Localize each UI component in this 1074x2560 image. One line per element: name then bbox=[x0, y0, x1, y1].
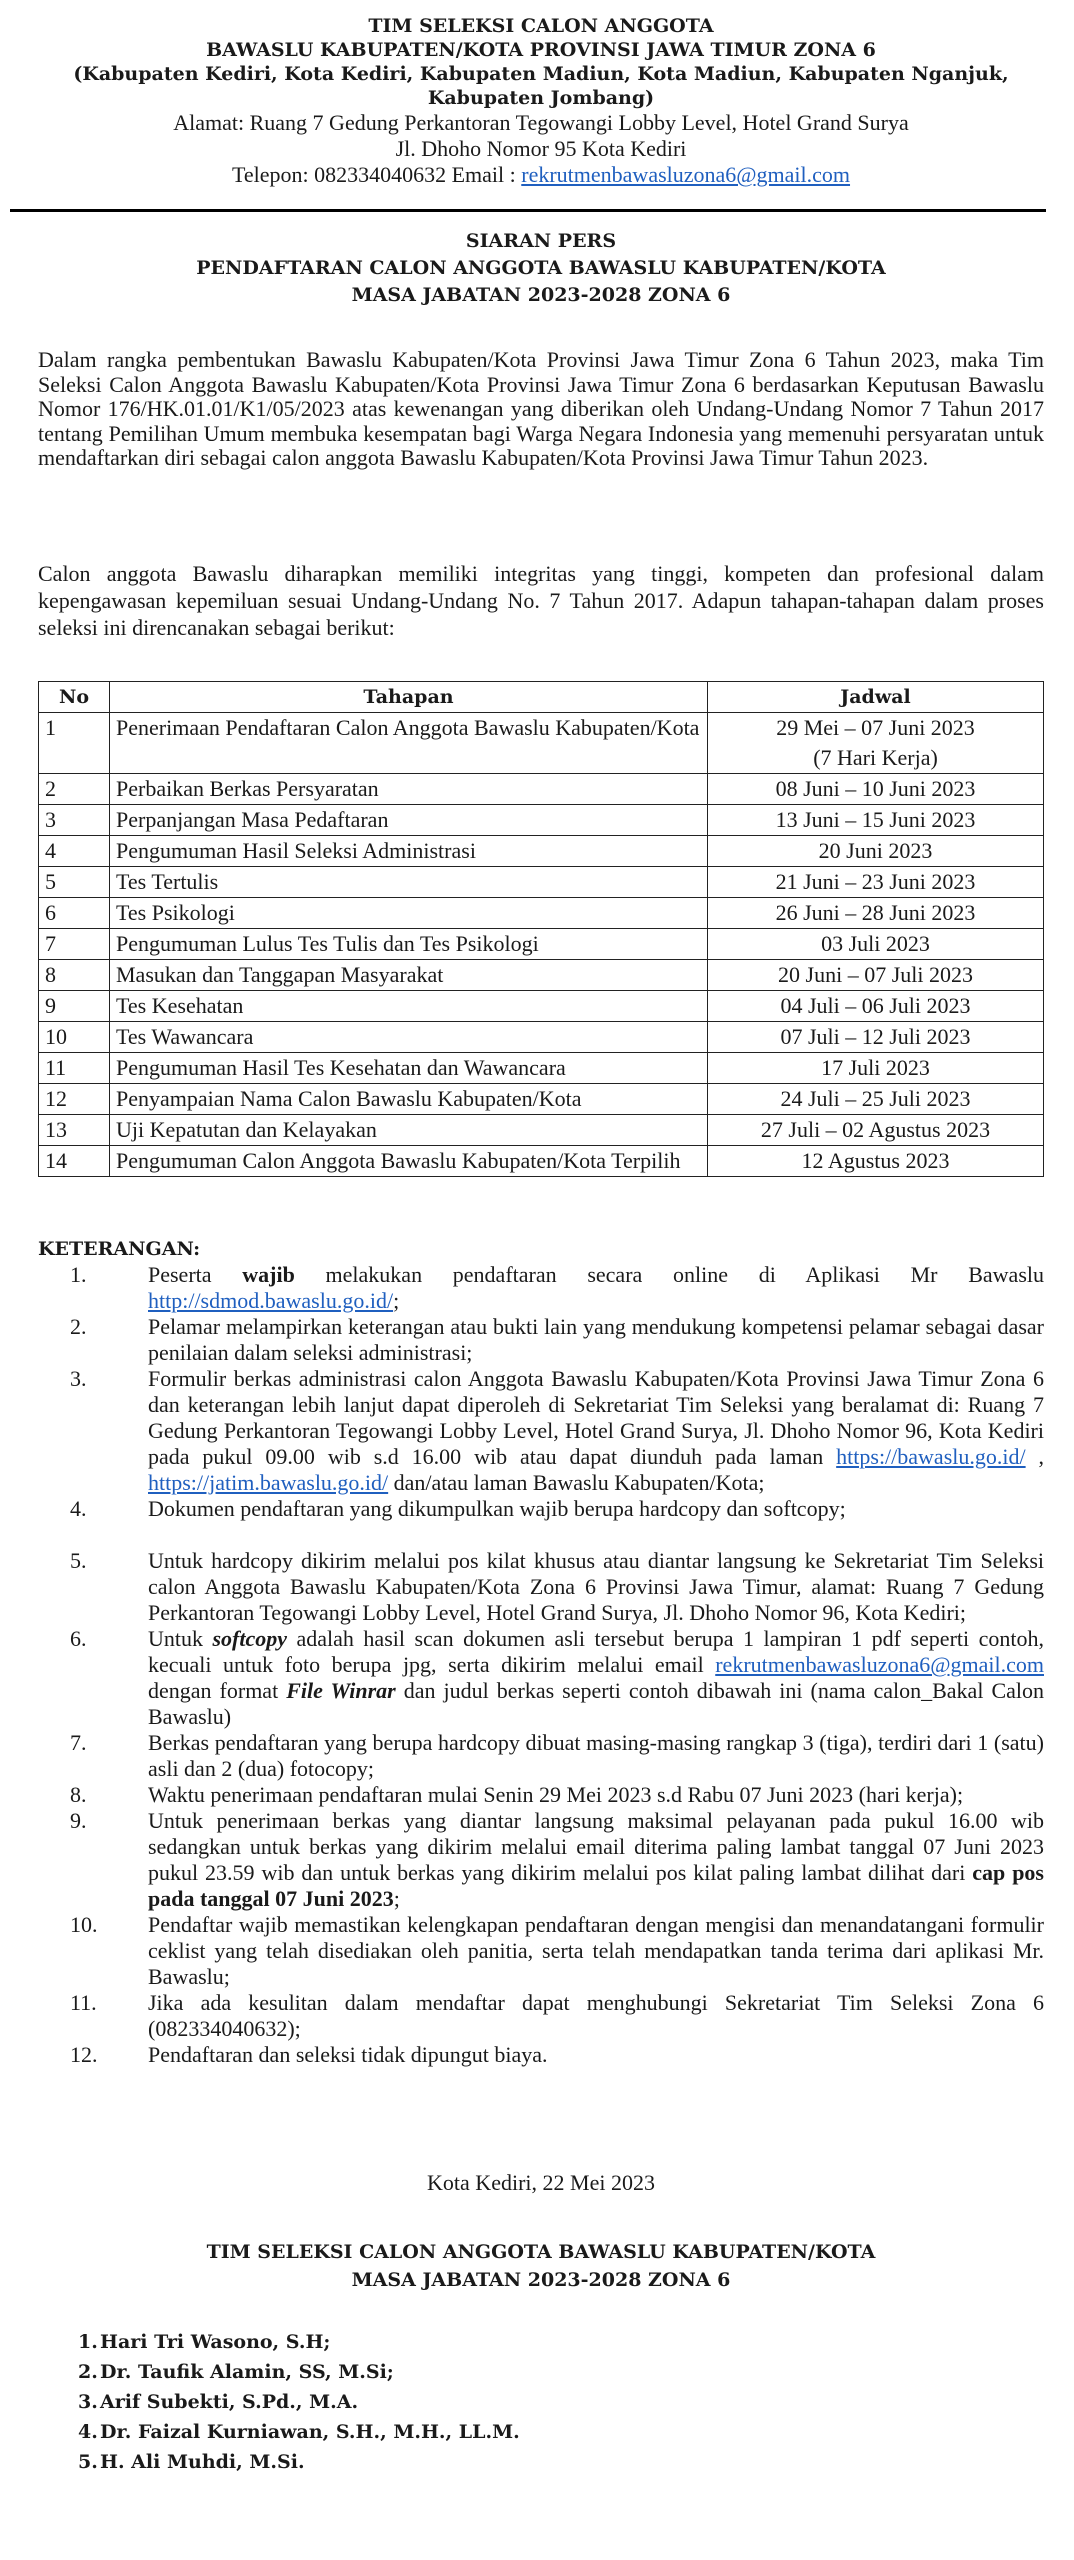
letterhead-address-2: Jl. Dhoho Nomor 95 Kota Kediri bbox=[38, 136, 1044, 162]
signatory-line-1: TIM SELEKSI CALON ANGGOTA BAWASLU KABUPA… bbox=[38, 2238, 1044, 2266]
row-tahapan: Masukan dan Tanggapan Masyarakat bbox=[110, 960, 708, 991]
list-number: 8. bbox=[70, 1782, 87, 1808]
member-name: Dr. Taufik Alamin, SS, M.Si; bbox=[100, 2361, 394, 2383]
list-item: 5.Untuk hardcopy dikirim melalui pos kil… bbox=[38, 1548, 1044, 1626]
item-text: Peserta bbox=[148, 1262, 242, 1287]
list-item: 8.Waktu penerimaan pendaftaran mulai Sen… bbox=[38, 1782, 1044, 1808]
item-text: Untuk penerimaan berkas yang diantar lan… bbox=[148, 1808, 1044, 1885]
row-jadwal-date: 26 Juni – 28 Juni 2023 bbox=[714, 898, 1037, 928]
item-text: Berkas pendaftaran yang berupa hardcopy … bbox=[148, 1730, 1044, 1781]
list-item: 7.Berkas pendaftaran yang berupa hardcop… bbox=[38, 1730, 1044, 1782]
table-row: 10Tes Wawancara07 Juli – 12 Juli 2023 bbox=[39, 1022, 1044, 1053]
title-line-1: SIARAN PERS bbox=[38, 228, 1044, 255]
row-no: 14 bbox=[39, 1146, 110, 1177]
member-item: 1.Hari Tri Wasono, S.H; bbox=[78, 2327, 520, 2357]
row-tahapan: Pengumuman Calon Anggota Bawaslu Kabupat… bbox=[110, 1146, 708, 1177]
row-jadwal: 12 Agustus 2023 bbox=[708, 1146, 1044, 1177]
table-row: 14Pengumuman Calon Anggota Bawaslu Kabup… bbox=[39, 1146, 1044, 1177]
item-text: ; bbox=[393, 1288, 399, 1313]
row-no: 2 bbox=[39, 774, 110, 805]
list-item: 11.Jika ada kesulitan dalam mendaftar da… bbox=[38, 1990, 1044, 2042]
table-row: 8Masukan dan Tanggapan Masyarakat20 Juni… bbox=[39, 960, 1044, 991]
header-no: No bbox=[39, 682, 110, 713]
row-no: 8 bbox=[39, 960, 110, 991]
row-jadwal: 20 Juni – 07 Juli 2023 bbox=[708, 960, 1044, 991]
row-jadwal-date: 21 Juni – 23 Juni 2023 bbox=[714, 867, 1037, 897]
list-number: 4. bbox=[70, 1496, 87, 1522]
row-jadwal: 17 Juli 2023 bbox=[708, 1053, 1044, 1084]
place-date: Kota Kediri, 22 Mei 2023 bbox=[38, 2170, 1044, 2196]
table-row: 7Pengumuman Lulus Tes Tulis dan Tes Psik… bbox=[39, 929, 1044, 960]
row-jadwal-date: 29 Mei – 07 Juni 2023 bbox=[714, 713, 1037, 743]
url-link[interactable]: rekrutmenbawasluzona6@gmail.com bbox=[715, 1652, 1044, 1677]
keterangan-list: 1.Peserta wajib melakukan pendaftaran se… bbox=[38, 1262, 1044, 2068]
row-no: 11 bbox=[39, 1053, 110, 1084]
schedule-table: No Tahapan Jadwal 1Penerimaan Pendaftara… bbox=[38, 681, 1044, 1177]
item-text: Jika ada kesulitan dalam mendaftar dapat… bbox=[148, 1990, 1044, 2041]
list-number: 11. bbox=[70, 1990, 97, 2016]
item-text: ; bbox=[394, 1886, 400, 1911]
row-jadwal-date: 12 Agustus 2023 bbox=[714, 1146, 1037, 1176]
header-tahapan: Tahapan bbox=[110, 682, 708, 713]
member-list: 1.Hari Tri Wasono, S.H;2.Dr. Taufik Alam… bbox=[78, 2327, 520, 2477]
list-number: 3. bbox=[70, 1366, 87, 1392]
item-text: Pendaftaran dan seleksi tidak dipungut b… bbox=[148, 2042, 548, 2067]
list-item: 12.Pendaftaran dan seleksi tidak dipungu… bbox=[38, 2042, 1044, 2068]
item-text: Untuk bbox=[148, 1626, 213, 1651]
title-line-3: MASA JABATAN 2023-2028 ZONA 6 bbox=[38, 282, 1044, 309]
row-tahapan: Penerimaan Pendaftaran Calon Anggota Baw… bbox=[110, 713, 708, 774]
second-paragraph: Calon anggota Bawaslu diharapkan memilik… bbox=[38, 560, 1044, 641]
row-jadwal: 21 Juni – 23 Juni 2023 bbox=[708, 867, 1044, 898]
row-jadwal: 26 Juni – 28 Juni 2023 bbox=[708, 898, 1044, 929]
member-number: 1. bbox=[78, 2327, 100, 2357]
row-jadwal-date: 04 Juli – 06 Juli 2023 bbox=[714, 991, 1037, 1021]
row-jadwal: 13 Juni – 15 Juni 2023 bbox=[708, 805, 1044, 836]
list-item: 1.Peserta wajib melakukan pendaftaran se… bbox=[38, 1262, 1044, 1314]
row-no: 5 bbox=[39, 867, 110, 898]
row-jadwal-date: 13 Juni – 15 Juni 2023 bbox=[714, 805, 1037, 835]
item-text: Dokumen pendaftaran yang dikumpulkan waj… bbox=[148, 1496, 846, 1521]
table-row: 13Uji Kepatutan dan Kelayakan27 Juli – 0… bbox=[39, 1115, 1044, 1146]
row-tahapan: Perpanjangan Masa Pedaftaran bbox=[110, 805, 708, 836]
row-jadwal-date: 17 Juli 2023 bbox=[714, 1053, 1037, 1083]
bold-italic-text: softcopy bbox=[213, 1626, 288, 1651]
row-tahapan: Tes Psikologi bbox=[110, 898, 708, 929]
item-text: Pendaftar wajib memastikan kelengkapan p… bbox=[148, 1912, 1044, 1989]
row-jadwal: 03 Juli 2023 bbox=[708, 929, 1044, 960]
document-title: SIARAN PERS PENDAFTARAN CALON ANGGOTA BA… bbox=[38, 228, 1044, 309]
keterangan-heading: KETERANGAN: bbox=[38, 1238, 200, 1260]
intro-paragraph: Dalam rangka pembentukan Bawaslu Kabupat… bbox=[38, 348, 1044, 471]
row-jadwal-note: (7 Hari Kerja) bbox=[714, 743, 1037, 773]
row-jadwal-date: 08 Juni – 10 Juni 2023 bbox=[714, 774, 1037, 804]
letterhead-line-4: Kabupaten Jombang) bbox=[38, 86, 1044, 110]
list-number: 9. bbox=[70, 1808, 87, 1834]
letterhead-line-3: (Kabupaten Kediri, Kota Kediri, Kabupate… bbox=[38, 62, 1044, 86]
row-tahapan: Pengumuman Hasil Seleksi Administrasi bbox=[110, 836, 708, 867]
member-number: 4. bbox=[78, 2417, 100, 2447]
list-number: 5. bbox=[70, 1548, 87, 1574]
table-row: 12Penyampaian Nama Calon Bawaslu Kabupat… bbox=[39, 1084, 1044, 1115]
table-row: 4Pengumuman Hasil Seleksi Administrasi20… bbox=[39, 836, 1044, 867]
table-row: 11Pengumuman Hasil Tes Kesehatan dan Waw… bbox=[39, 1053, 1044, 1084]
contact-email-link[interactable]: rekrutmenbawasluzona6@gmail.com bbox=[521, 162, 850, 187]
row-tahapan: Tes Tertulis bbox=[110, 867, 708, 898]
row-jadwal: 07 Juli – 12 Juli 2023 bbox=[708, 1022, 1044, 1053]
list-item: 10.Pendaftar wajib memastikan kelengkapa… bbox=[38, 1912, 1044, 1990]
row-tahapan: Tes Wawancara bbox=[110, 1022, 708, 1053]
member-name: Dr. Faizal Kurniawan, S.H., M.H., LL.M. bbox=[100, 2421, 520, 2443]
member-name: H. Ali Muhdi, M.Si. bbox=[100, 2451, 305, 2473]
row-jadwal-date: 20 Juni 2023 bbox=[714, 836, 1037, 866]
row-jadwal: 29 Mei – 07 Juni 2023(7 Hari Kerja) bbox=[708, 713, 1044, 774]
list-item: 9.Untuk penerimaan berkas yang diantar l… bbox=[38, 1808, 1044, 1912]
table-row: 3Perpanjangan Masa Pedaftaran13 Juni – 1… bbox=[39, 805, 1044, 836]
row-no: 12 bbox=[39, 1084, 110, 1115]
row-no: 4 bbox=[39, 836, 110, 867]
member-name: Arif Subekti, S.Pd., M.A. bbox=[100, 2391, 358, 2413]
signatory-title: TIM SELEKSI CALON ANGGOTA BAWASLU KABUPA… bbox=[38, 2238, 1044, 2294]
letterhead-contact: Telepon: 082334040632 Email : rekrutmenb… bbox=[38, 162, 1044, 188]
member-name: Hari Tri Wasono, S.H; bbox=[100, 2331, 330, 2353]
item-text: Untuk hardcopy dikirim melalui pos kilat… bbox=[148, 1548, 1044, 1625]
bold-text: wajib bbox=[242, 1262, 295, 1287]
row-jadwal: 04 Juli – 06 Juli 2023 bbox=[708, 991, 1044, 1022]
item-text: melakukan pendaftaran secara online di A… bbox=[295, 1262, 1044, 1287]
row-jadwal-date: 20 Juni – 07 Juli 2023 bbox=[714, 960, 1037, 990]
list-item: 3.Formulir berkas administrasi calon Ang… bbox=[38, 1366, 1044, 1496]
url-link[interactable]: https://jatim.bawaslu.go.id/ bbox=[148, 1470, 388, 1495]
list-number: 1. bbox=[70, 1262, 87, 1288]
list-number: 10. bbox=[70, 1912, 98, 1938]
signatory-line-2: MASA JABATAN 2023-2028 ZONA 6 bbox=[38, 2266, 1044, 2294]
table-row: 9Tes Kesehatan04 Juli – 06 Juli 2023 bbox=[39, 991, 1044, 1022]
row-no: 9 bbox=[39, 991, 110, 1022]
item-text: Pelamar melampirkan keterangan atau bukt… bbox=[148, 1314, 1044, 1365]
item-text: , bbox=[1026, 1444, 1044, 1469]
row-no: 6 bbox=[39, 898, 110, 929]
letterhead: TIM SELEKSI CALON ANGGOTA BAWASLU KABUPA… bbox=[38, 0, 1044, 188]
member-item: 5.H. Ali Muhdi, M.Si. bbox=[78, 2447, 520, 2477]
table-row: 6Tes Psikologi26 Juni – 28 Juni 2023 bbox=[39, 898, 1044, 929]
table-row: 5Tes Tertulis21 Juni – 23 Juni 2023 bbox=[39, 867, 1044, 898]
row-no: 1 bbox=[39, 713, 110, 774]
letterhead-line-1: TIM SELEKSI CALON ANGGOTA bbox=[38, 14, 1044, 38]
letterhead-line-2: BAWASLU KABUPATEN/KOTA PROVINSI JAWA TIM… bbox=[38, 38, 1044, 62]
url-link[interactable]: http://sdmod.bawaslu.go.id/ bbox=[148, 1288, 393, 1313]
letterhead-divider bbox=[10, 209, 1046, 212]
row-tahapan: Uji Kepatutan dan Kelayakan bbox=[110, 1115, 708, 1146]
row-jadwal: 08 Juni – 10 Juni 2023 bbox=[708, 774, 1044, 805]
list-item: 2.Pelamar melampirkan keterangan atau bu… bbox=[38, 1314, 1044, 1366]
member-item: 2.Dr. Taufik Alamin, SS, M.Si; bbox=[78, 2357, 520, 2387]
row-jadwal-date: 27 Juli – 02 Agustus 2023 bbox=[714, 1115, 1037, 1145]
row-jadwal: 27 Juli – 02 Agustus 2023 bbox=[708, 1115, 1044, 1146]
item-text: dengan format bbox=[148, 1678, 286, 1703]
press-release-page: TIM SELEKSI CALON ANGGOTA BAWASLU KABUPA… bbox=[38, 0, 1044, 188]
list-item: 6.Untuk softcopy adalah hasil scan dokum… bbox=[38, 1626, 1044, 1730]
item-text: dan/atau laman Bawaslu Kabupaten/Kota; bbox=[388, 1470, 764, 1495]
row-no: 7 bbox=[39, 929, 110, 960]
schedule-header-row: No Tahapan Jadwal bbox=[39, 682, 1044, 713]
member-number: 5. bbox=[78, 2447, 100, 2477]
row-tahapan: Penyampaian Nama Calon Bawaslu Kabupaten… bbox=[110, 1084, 708, 1115]
list-number: 12. bbox=[70, 2042, 98, 2068]
row-no: 13 bbox=[39, 1115, 110, 1146]
row-jadwal-date: 03 Juli 2023 bbox=[714, 929, 1037, 959]
list-number: 6. bbox=[70, 1626, 87, 1652]
list-item: 4.Dokumen pendaftaran yang dikumpulkan w… bbox=[38, 1496, 1044, 1522]
row-jadwal-date: 24 Juli – 25 Juli 2023 bbox=[714, 1084, 1037, 1114]
letterhead-address-1: Alamat: Ruang 7 Gedung Perkantoran Tegow… bbox=[38, 110, 1044, 136]
list-number: 2. bbox=[70, 1314, 87, 1340]
url-link[interactable]: https://bawaslu.go.id/ bbox=[836, 1444, 1025, 1469]
member-item: 3.Arif Subekti, S.Pd., M.A. bbox=[78, 2387, 520, 2417]
table-row: 2Perbaikan Berkas Persyaratan08 Juni – 1… bbox=[39, 774, 1044, 805]
header-jadwal: Jadwal bbox=[708, 682, 1044, 713]
row-tahapan: Perbaikan Berkas Persyaratan bbox=[110, 774, 708, 805]
row-tahapan: Pengumuman Lulus Tes Tulis dan Tes Psiko… bbox=[110, 929, 708, 960]
bold-italic-text: File Winrar bbox=[286, 1678, 396, 1703]
row-tahapan: Tes Kesehatan bbox=[110, 991, 708, 1022]
table-row: 1Penerimaan Pendaftaran Calon Anggota Ba… bbox=[39, 713, 1044, 774]
row-jadwal: 24 Juli – 25 Juli 2023 bbox=[708, 1084, 1044, 1115]
item-text: Waktu penerimaan pendaftaran mulai Senin… bbox=[148, 1782, 963, 1807]
member-number: 2. bbox=[78, 2357, 100, 2387]
row-no: 10 bbox=[39, 1022, 110, 1053]
row-no: 3 bbox=[39, 805, 110, 836]
member-number: 3. bbox=[78, 2387, 100, 2417]
list-number: 7. bbox=[70, 1730, 87, 1756]
row-tahapan: Pengumuman Hasil Tes Kesehatan dan Wawan… bbox=[110, 1053, 708, 1084]
contact-phone: Telepon: 082334040632 Email : bbox=[232, 162, 521, 187]
row-jadwal-date: 07 Juli – 12 Juli 2023 bbox=[714, 1022, 1037, 1052]
member-item: 4.Dr. Faizal Kurniawan, S.H., M.H., LL.M… bbox=[78, 2417, 520, 2447]
title-line-2: PENDAFTARAN CALON ANGGOTA BAWASLU KABUPA… bbox=[38, 255, 1044, 282]
row-jadwal: 20 Juni 2023 bbox=[708, 836, 1044, 867]
schedule-rows: 1Penerimaan Pendaftaran Calon Anggota Ba… bbox=[39, 713, 1044, 1177]
